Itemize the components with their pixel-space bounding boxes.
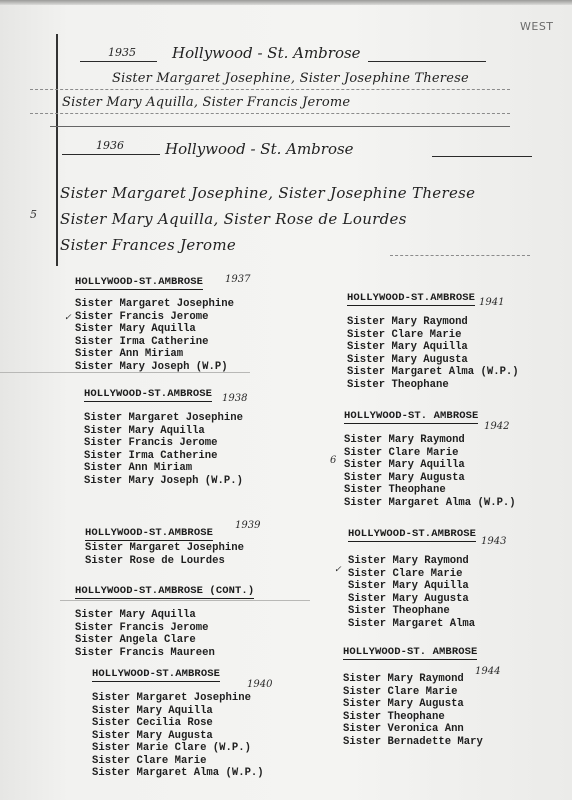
margin-mark: 5 [30, 208, 37, 221]
margin-check-mark: ✓ [334, 565, 342, 575]
roster-name: Sister Margaret Alma (W.P.) [347, 366, 519, 379]
roster-year: 1939 [235, 520, 260, 531]
roster-name: Sister Mary Raymond [348, 555, 476, 568]
roster-name: Sister Margaret Alma (W.P.) [344, 497, 516, 510]
ruled-line [30, 89, 510, 90]
roster-list: Sister Mary Raymond Sister Clare Marie S… [343, 673, 483, 748]
roster-year: 1940 [247, 679, 272, 690]
handwritten-year-1935: 1935 [108, 46, 136, 59]
roster-name: Sister Mary Joseph (W.P) [75, 361, 234, 374]
roster-name: Sister Mary Aquilla [84, 425, 243, 438]
roster-header: HOLLYWOOD-ST.AMBROSE [92, 668, 220, 682]
handwritten-line: Sister Mary Aquilla, Sister Rose de Lour… [60, 210, 407, 228]
roster-year: 1941 [479, 297, 504, 308]
roster-name: Sister Mary Augusta [347, 354, 519, 367]
roster-name: Sister Clare Marie [347, 329, 519, 342]
roster-year: 1938 [222, 393, 247, 404]
roster-name: Sister Francis Jerome [75, 311, 234, 324]
roster-name: Sister Margaret Josephine [85, 542, 244, 555]
roster-name: Sister Theophane [347, 379, 519, 392]
roster-header: HOLLYWOOD-ST. AMBROSE [343, 646, 477, 660]
roster-list: Sister Mary Raymond Sister Clare Marie S… [344, 434, 516, 509]
roster-year: 1937 [225, 274, 250, 285]
handwritten-title-1935: Hollywood - St. Ambrose [172, 44, 361, 62]
roster-name: Sister Mary Aquilla [75, 323, 234, 336]
scanned-document-page: WEST 1935 Hollywood - St. Ambrose Sister… [0, 0, 572, 800]
roster-name: Sister Mary Aquilla [344, 459, 516, 472]
roster-name: Sister Clare Marie [343, 686, 483, 699]
roster-block-1937: HOLLYWOOD-ST.AMBROSE 1937 Sister Margare… [75, 271, 234, 373]
ruled-line [30, 113, 510, 114]
roster-name: Sister Margaret Josephine [75, 298, 234, 311]
roster-name: Sister Mary Raymond [344, 434, 516, 447]
roster-name: Sister Margaret Josephine [84, 412, 243, 425]
roster-name: Sister Mary Raymond [347, 316, 519, 329]
roster-list: Sister Margaret Josephine Sister Francis… [75, 298, 234, 373]
roster-name: Sister Irma Catherine [75, 336, 234, 349]
roster-name: Sister Mary Augusta [344, 472, 516, 485]
roster-name: Sister Irma Catherine [84, 450, 243, 463]
roster-name: Sister Mary Augusta [92, 730, 264, 743]
handwritten-title-1936: Hollywood - St. Ambrose [165, 140, 354, 158]
corner-label: WEST [520, 20, 554, 33]
underline-left-1936 [62, 154, 160, 155]
scan-edge-shadow [0, 0, 572, 5]
roster-name: Sister Francis Jerome [84, 437, 243, 450]
roster-year: 1944 [475, 666, 500, 677]
roster-block-1941: HOLLYWOOD-ST.AMBROSE 1941 Sister Mary Ra… [347, 287, 519, 391]
ruled-line [390, 255, 530, 256]
roster-year: 1943 [481, 536, 506, 547]
roster-list: Sister Margaret Josephine Sister Mary Aq… [92, 692, 264, 780]
underline-right-1935 [368, 61, 486, 62]
underline-left-1935 [80, 61, 157, 62]
roster-name: Sister Theophane [343, 711, 483, 724]
roster-year: 1942 [484, 421, 509, 432]
roster-name: Sister Bernadette Mary [343, 736, 483, 749]
roster-name: Sister Mary Aquilla [347, 341, 519, 354]
roster-name: Sister Mary Augusta [348, 593, 476, 606]
handwritten-line: Sister Margaret Josephine, Sister Joseph… [60, 184, 475, 202]
roster-name: Sister Clare Marie [344, 447, 516, 460]
roster-name: Sister Veronica Ann [343, 723, 483, 736]
roster-header: HOLLYWOOD-ST. AMBROSE [344, 410, 478, 424]
margin-rule [56, 34, 58, 266]
roster-name: Sister Theophane [344, 484, 516, 497]
roster-block-1939: HOLLYWOOD-ST.AMBROSE 1939 Sister Margare… [85, 522, 244, 567]
roster-name: Sister Angela Clare [75, 634, 254, 647]
roster-header: HOLLYWOOD-ST.AMBROSE [85, 527, 213, 541]
roster-name: Sister Rose de Lourdes [85, 555, 244, 568]
roster-name: Sister Ann Miriam [84, 462, 243, 475]
handwritten-line: Sister Mary Aquilla, Sister Francis Jero… [62, 95, 350, 110]
roster-name: Sister Clare Marie [348, 568, 476, 581]
margin-mark: 6 [330, 455, 336, 466]
roster-block-1944: HOLLYWOOD-ST. AMBROSE 1944 Sister Mary R… [343, 641, 483, 748]
roster-name: Sister Mary Aquilla [348, 580, 476, 593]
margin-check-mark: ✓ [64, 313, 72, 323]
roster-name: Sister Ann Miriam [75, 348, 234, 361]
roster-header: HOLLYWOOD-ST.AMBROSE [84, 388, 212, 402]
roster-header: HOLLYWOOD-ST.AMBROSE [348, 528, 476, 542]
roster-header: HOLLYWOOD-ST.AMBROSE [75, 276, 203, 290]
roster-list: Sister Mary Aquilla Sister Francis Jerom… [75, 609, 254, 659]
roster-list: Sister Mary Raymond Sister Clare Marie S… [347, 316, 519, 391]
roster-list: Sister Margaret Josephine Sister Rose de… [85, 542, 244, 567]
underline-right-1936 [432, 156, 532, 157]
roster-header: HOLLYWOOD-ST.AMBROSE [347, 292, 475, 306]
roster-name: Sister Margaret Josephine [92, 692, 264, 705]
roster-name: Sister Clare Marie [92, 755, 264, 768]
roster-list: Sister Mary Raymond Sister Clare Marie S… [348, 555, 476, 630]
roster-name: Sister Theophane [348, 605, 476, 618]
roster-name: Sister Mary Augusta [343, 698, 483, 711]
roster-name: Sister Mary Aquilla [92, 705, 264, 718]
roster-header: HOLLYWOOD-ST.AMBROSE (CONT.) [75, 585, 254, 599]
ruled-line [50, 126, 510, 127]
roster-name: Sister Mary Aquilla [75, 609, 254, 622]
roster-name: Sister Mary Joseph (W.P.) [84, 475, 243, 488]
roster-name: Sister Cecilia Rose [92, 717, 264, 730]
roster-name: Sister Margaret Alma [348, 618, 476, 631]
roster-block-1943: HOLLYWOOD-ST.AMBROSE 1943 Sister Mary Ra… [348, 523, 476, 630]
roster-block-1942: HOLLYWOOD-ST. AMBROSE 1942 Sister Mary R… [344, 405, 516, 509]
handwritten-line: Sister Frances Jerome [60, 236, 236, 254]
handwritten-year-1936: 1936 [96, 139, 124, 152]
roster-name: Sister Francis Maureen [75, 647, 254, 660]
roster-name: Sister Margaret Alma (W.P.) [92, 767, 264, 780]
roster-list: Sister Margaret Josephine Sister Mary Aq… [84, 412, 243, 487]
roster-block-1939-cont: HOLLYWOOD-ST.AMBROSE (CONT.) Sister Mary… [75, 580, 254, 659]
roster-block-1940: HOLLYWOOD-ST.AMBROSE 1940 Sister Margare… [92, 663, 264, 780]
roster-name: Sister Francis Jerome [75, 622, 254, 635]
handwritten-line: Sister Margaret Josephine, Sister Joseph… [112, 71, 469, 86]
roster-block-1938: HOLLYWOOD-ST.AMBROSE 1938 Sister Margare… [84, 383, 243, 487]
roster-name: Sister Mary Raymond [343, 673, 483, 686]
roster-name: Sister Marie Clare (W.P.) [92, 742, 264, 755]
